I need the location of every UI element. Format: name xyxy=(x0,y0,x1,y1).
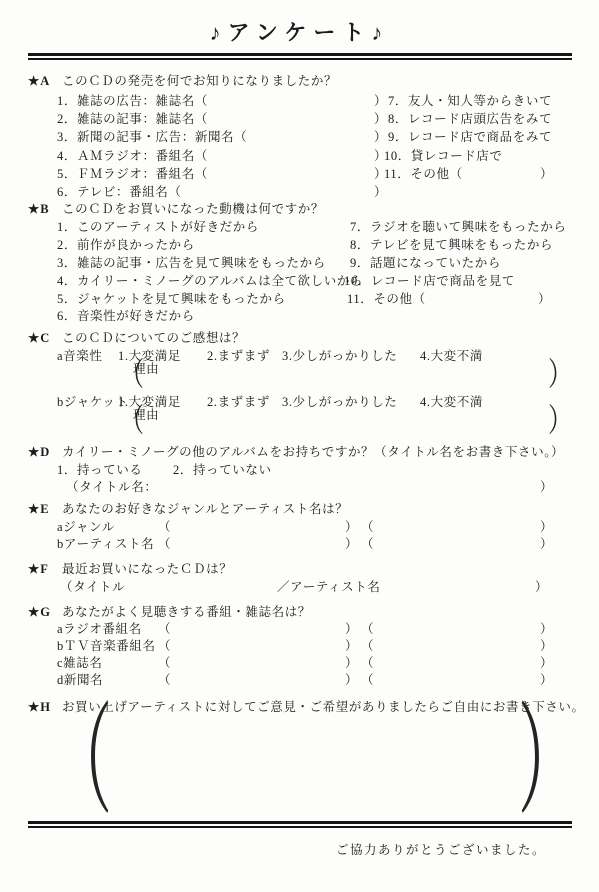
top-divider xyxy=(28,53,572,60)
section-f-title-label: （タイトル xyxy=(60,581,125,595)
section-c-a-option-4: 4.大変不満 xyxy=(420,350,483,364)
blank-open-paren: （ xyxy=(158,521,171,535)
section-g-question: あなたがよく見聴きする番組・雑誌名は？ xyxy=(62,606,311,620)
section-g-row-a-label: aラジオ番組名 xyxy=(57,623,142,637)
blank-close-paren: ） xyxy=(345,674,358,688)
section-b-item-8: 8．テレビを見て興味をもったから xyxy=(350,239,553,253)
section-a-item-11: 11．その他（ xyxy=(384,168,463,182)
section-f-question: 最近お買いになったＣＤは？ xyxy=(62,563,232,577)
section-d-title-label: （タイトル名： xyxy=(66,481,157,495)
blank-close-paren: ） xyxy=(540,640,553,654)
section-f-artist-label: ／アーティスト名 xyxy=(277,581,380,595)
page-title: ♪アンケート♪ xyxy=(0,16,599,47)
blank-open-paren: （ xyxy=(361,623,374,637)
blank-open-paren: （ xyxy=(361,674,374,688)
section-b-tag: ★B xyxy=(28,203,50,217)
section-b-item-5: 5．ジャケットを見て興味をもったから xyxy=(57,293,286,307)
section-c-b-option-4: 4.大変不満 xyxy=(420,396,483,410)
section-c-a-reason-label: 理由 xyxy=(133,363,159,377)
blank-open-paren: （ xyxy=(361,521,374,535)
comment-open-paren: （ xyxy=(52,702,112,822)
section-d-question: カイリー・ミノーグの他のアルバムをお持ちですか？（タイトル名をお書き下さい。） xyxy=(62,446,564,460)
blank-close-paren: ） xyxy=(540,168,553,182)
section-d-option-1: 1．持っている xyxy=(57,464,142,478)
section-f-tag: ★F xyxy=(28,563,49,577)
section-g-row-c-label: c雑誌名 xyxy=(57,657,102,671)
section-a-item-8: 8．レコード店頭広告をみて xyxy=(388,113,552,127)
section-b-item-3: 3．雑誌の記事・広告を見て興味をもったから xyxy=(57,257,326,271)
blank-open-paren: （ xyxy=(158,623,171,637)
section-a-item-6: 6．テレビ：番組名（ xyxy=(57,186,182,200)
reason-close-paren: ） xyxy=(548,358,572,390)
section-d-option-2: 2．持っていない xyxy=(173,464,272,478)
section-c-b-reason-label: 理由 xyxy=(133,409,159,423)
blank-open-paren: （ xyxy=(158,538,171,552)
blank-open-paren: （ xyxy=(158,657,171,671)
section-c-tag: ★C xyxy=(28,332,50,346)
section-b-item-9: 9．話題になっていたから xyxy=(350,257,501,271)
section-a-item-10: 10．貸レコード店で xyxy=(384,150,503,164)
section-c-b-option-2: 2.まずまず xyxy=(207,396,270,410)
blank-close-paren: ） xyxy=(540,538,553,552)
section-g-row-b-label: bＴＶ音楽番組名 xyxy=(57,640,156,654)
blank-close-paren: ） xyxy=(540,481,553,495)
blank-close-paren: ） xyxy=(538,293,551,307)
blank-open-paren: （ xyxy=(361,640,374,654)
section-c-question: このＣＤについてのご感想は？ xyxy=(62,332,245,346)
section-e-tag: ★E xyxy=(28,503,50,517)
section-a-item-1: 1．雑誌の広告：雑誌名（ xyxy=(57,95,208,109)
blank-close-paren: ） xyxy=(345,521,358,535)
blank-close-paren: ） xyxy=(345,657,358,671)
reason-close-paren: ） xyxy=(548,404,572,436)
blank-close-paren: ） xyxy=(374,186,387,200)
section-c-row-a-label: a音楽性 xyxy=(57,350,102,364)
blank-open-paren: （ xyxy=(361,657,374,671)
blank-close-paren: ） xyxy=(345,640,358,654)
section-d-tag: ★D xyxy=(28,446,50,460)
section-a-tag: ★A xyxy=(28,75,50,89)
section-h-question: お買い上げアーティストに対してご意見・ご希望がありましたらご自由にお書き下さい。 xyxy=(62,701,585,715)
blank-close-paren: ） xyxy=(374,95,387,109)
bottom-divider xyxy=(28,821,572,828)
blank-close-paren: ） xyxy=(540,657,553,671)
blank-open-paren: （ xyxy=(158,674,171,688)
blank-open-paren: （ xyxy=(361,538,374,552)
section-a-item-5: 5．ＦＭラジオ：番組名（ xyxy=(57,168,208,182)
section-e-question: あなたのお好きなジャンルとアーティスト名は？ xyxy=(62,503,348,517)
section-b-item-6: 6．音楽性が好きだから xyxy=(57,310,195,324)
section-a-item-2: 2．雑誌の記事：雑誌名（ xyxy=(57,113,208,127)
section-a-question: このＣＤの発売を何でお知りになりましたか？ xyxy=(62,75,337,89)
section-b-question: このＣＤをお買いになった動機は何ですか？ xyxy=(62,203,324,217)
section-b-item-7: 7．ラジオを聴いて興味をもったから xyxy=(350,221,566,235)
section-h-tag: ★H xyxy=(28,701,51,715)
questionnaire-page: ♪アンケート♪ ★A このＣＤの発売を何でお知りになりましたか？ 1．雑誌の広告… xyxy=(0,0,599,892)
section-b-item-10: 10．レコード店で商品を見て xyxy=(344,275,515,289)
blank-close-paren: ） xyxy=(540,623,553,637)
section-b-item-2: 2．前作が良かったから xyxy=(57,239,195,253)
comment-close-paren: ） xyxy=(518,702,578,822)
blank-close-paren: ） xyxy=(540,521,553,535)
blank-close-paren: ） xyxy=(345,538,358,552)
section-e-row-b-label: bアーティスト名 xyxy=(57,538,154,552)
section-a-item-4: 4．ＡＭラジオ：番組名（ xyxy=(57,150,208,164)
section-b-item-11: 11．その他（ xyxy=(347,293,426,307)
section-g-row-d-label: d新聞名 xyxy=(57,674,103,688)
section-e-row-a-label: aジャンル xyxy=(57,521,115,535)
blank-close-paren: ） xyxy=(535,581,548,595)
blank-close-paren: ） xyxy=(374,131,387,145)
section-a-item-7: 7．友人・知人等からきいて xyxy=(388,95,552,109)
section-g-tag: ★G xyxy=(28,606,51,620)
blank-open-paren: （ xyxy=(158,640,171,654)
section-c-a-option-3: 3.少しがっかりした xyxy=(282,350,397,364)
section-c-b-option-3: 3.少しがっかりした xyxy=(282,396,397,410)
section-b-item-1: 1．このアーティストが好きだから xyxy=(57,221,259,235)
section-a-item-9: 9．レコード店で商品をみて xyxy=(388,131,552,145)
section-c-a-option-2: 2.まずまず xyxy=(207,350,270,364)
blank-close-paren: ） xyxy=(374,113,387,127)
closing-note: ご協力ありがとうございました。 xyxy=(336,840,546,858)
blank-close-paren: ） xyxy=(345,623,358,637)
section-b-item-4: 4．カイリー・ミノーグのアルバムは全て欲しいから xyxy=(57,275,363,289)
section-a-item-3: 3．新聞の記事・広告：新聞名（ xyxy=(57,131,247,145)
blank-close-paren: ） xyxy=(540,674,553,688)
